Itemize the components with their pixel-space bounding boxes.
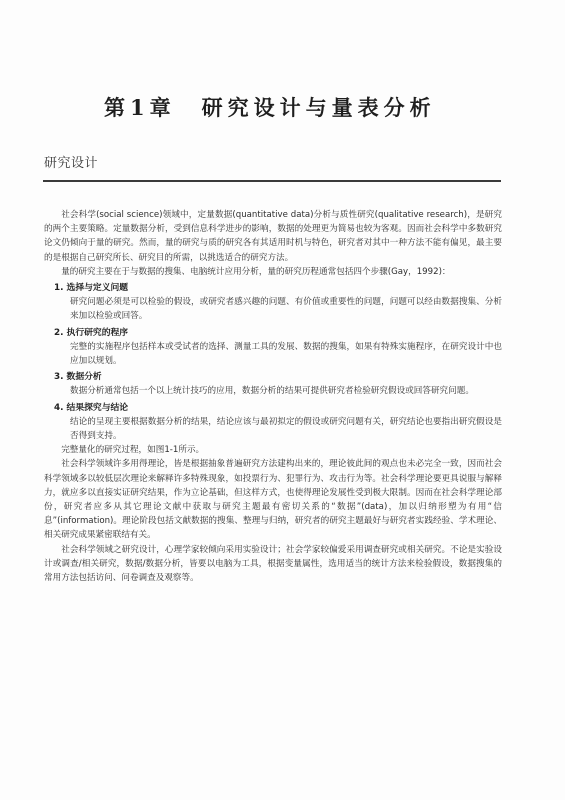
- chapter-title-text: 研究设计与量表分析: [202, 95, 436, 120]
- paragraph-figure-ref: 完整量化的研究过程，如图1-1所示。: [44, 443, 502, 457]
- step-heading: 2. 执行研究的程序: [54, 326, 502, 340]
- step-heading: 3. 数据分析: [54, 370, 502, 384]
- step-item: 2. 执行研究的程序 完整的实施程序包括样本或受试者的选择、测量工具的发展、数据…: [44, 326, 502, 369]
- paragraph-theory: 社会科学领域许多用得理论，皆是根据抽象普遍研究方法建构出来的，理论彼此间的观点也…: [44, 457, 502, 542]
- step-text: 研究问题必须是可以检验的假设，或研究者感兴趣的问题、有价值或重要性的问题，问题可…: [70, 295, 502, 323]
- step-heading: 4. 结果探究与结论: [54, 401, 502, 415]
- section-heading: 研究设计: [44, 152, 98, 171]
- step-item: 4. 结果探究与结论 结论的呈现主要根据数据分析的结果，结论应该与最初拟定的假设…: [44, 401, 502, 444]
- document-page: 第1章研究设计与量表分析 研究设计 社会科学(social science)领域…: [0, 0, 565, 800]
- paragraph-steps-intro: 量的研究主要在于与数据的搜集、电脑统计应用分析，量的研究历程通常包括四个步骤(G…: [44, 265, 502, 279]
- step-text: 数据分析通常包括一个以上统计技巧的应用，数据分析的结果可提供研究者检验研究假设或…: [70, 384, 502, 398]
- step-item: 3. 数据分析 数据分析通常包括一个以上统计技巧的应用，数据分析的结果可提供研究…: [44, 370, 502, 398]
- paragraph-design: 社会科学领域之研究设计，心理学家较倾向采用实验设计；社会学家较偏爱采用调查研究或…: [44, 543, 502, 586]
- chapter-number: 第1章: [104, 95, 176, 120]
- step-item: 1. 选择与定义问题 研究问题必须是可以检验的假设，或研究者感兴趣的问题、有价值…: [44, 281, 502, 324]
- paragraph-intro: 社会科学(social science)领域中，定量数据(quantitativ…: [44, 208, 502, 265]
- chapter-title: 第1章研究设计与量表分析: [104, 92, 484, 122]
- step-text: 结论的呈现主要根据数据分析的结果，结论应该与最初拟定的假设或研究问题有关，研究结…: [70, 415, 502, 443]
- step-heading: 1. 选择与定义问题: [54, 281, 502, 295]
- step-text: 完整的实施程序包括样本或受试者的选择、测量工具的发展、数据的搜集，如果有特殊实施…: [70, 340, 502, 368]
- section-divider: [43, 180, 501, 182]
- body-text: 社会科学(social science)领域中，定量数据(quantitativ…: [44, 208, 502, 585]
